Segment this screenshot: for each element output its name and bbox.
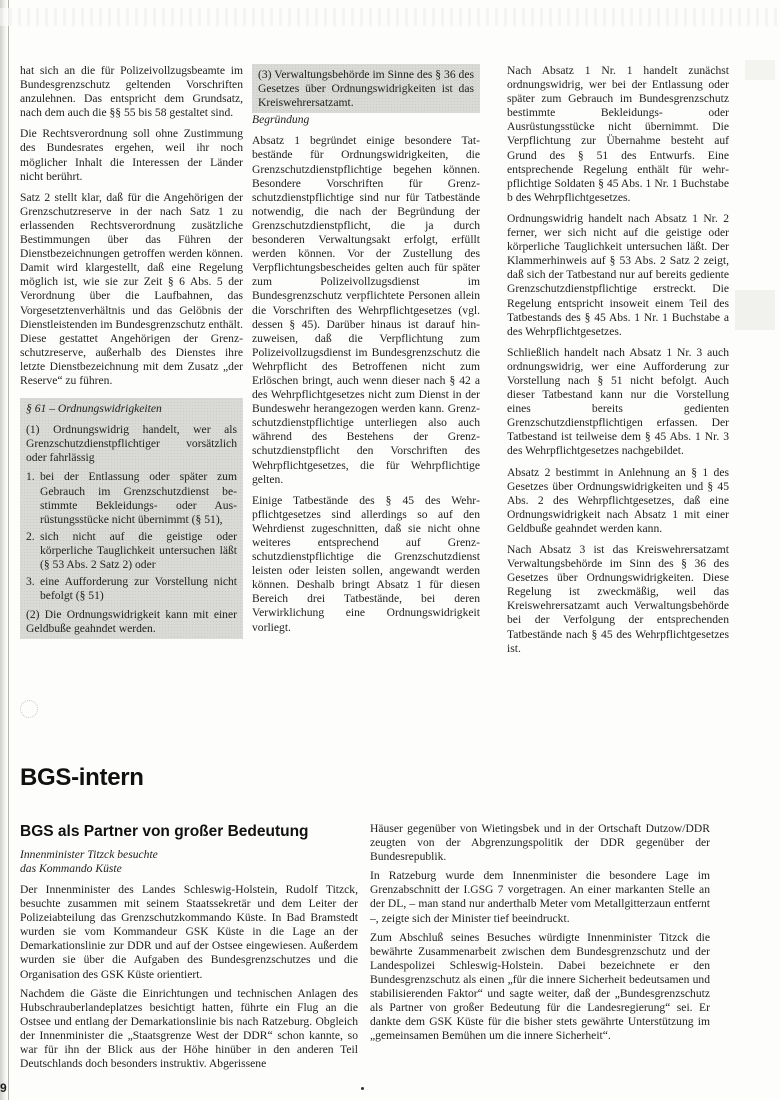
bullet-mark bbox=[361, 1087, 364, 1090]
law-text-box-para-3: (3) Verwaltungsbehörde im Sinne des § 36… bbox=[252, 64, 480, 113]
paragraph: Ordnungswidrig handelt nach Absatz 1 Nr.… bbox=[507, 212, 729, 339]
paragraph: Absatz 1 begründet einige besondere Tat­… bbox=[252, 134, 480, 486]
article-headline: BGS als Partner von großer Bedeutung bbox=[20, 823, 309, 841]
paragraph: Zum Abschluß seines Besuches würdigte In… bbox=[370, 931, 710, 1044]
law-text-box-section-61: § 61 – Ordnungswidrigkeiten (1) Ordnungs… bbox=[20, 398, 243, 639]
box-list-item: 1.bei der Entlassung oder später zum Geb… bbox=[26, 470, 237, 526]
box-list-item: 2.sich nicht auf die geistige oder körpe… bbox=[26, 530, 237, 572]
box-list-item: 3.eine Aufforderung zur Vorstellung nich… bbox=[26, 575, 237, 603]
scan-stamp-mark bbox=[20, 700, 38, 718]
subheadline-line-2: das Kommando Küste bbox=[20, 862, 360, 876]
column-2: (3) Verwaltungsbehörde im Sinne des § 36… bbox=[252, 64, 480, 642]
begruendung-heading: Begründung bbox=[252, 113, 480, 127]
scan-left-line bbox=[8, 0, 9, 1100]
paragraph: Die Rechtsverordnung soll ohne Zustim­mu… bbox=[20, 127, 243, 183]
list-text: sich nicht auf die geistige oder körperl… bbox=[40, 530, 237, 571]
paragraph: Der Innenminister des Landes Schleswig-H… bbox=[20, 883, 358, 982]
column-3: Nach Absatz 1 Nr. 1 handelt zunächst ord… bbox=[507, 64, 729, 663]
section-title: BGS-intern bbox=[20, 764, 144, 792]
paragraph: Schließlich handelt nach Absatz 1 Nr. 3 … bbox=[507, 346, 729, 459]
page-number: 9 bbox=[0, 1081, 7, 1095]
scan-top-noise bbox=[0, 8, 780, 26]
list-text: eine Aufforderung zur Vorstellung nicht … bbox=[40, 575, 237, 602]
paragraph: Häuser gegenüber von Wietingsbek und in … bbox=[370, 822, 710, 864]
paragraph: Absatz 2 bestimmt in Anlehnung an § 1 de… bbox=[507, 466, 729, 536]
list-number: 3. bbox=[26, 575, 35, 589]
paragraph: Nach Absatz 1 Nr. 1 handelt zunächst ord… bbox=[507, 64, 729, 205]
box-para-2: (2) Die Ordnungswidrigkeit kann mit eine… bbox=[26, 608, 237, 636]
article-column-2: Häuser gegenüber von Wietingsbek und in … bbox=[370, 822, 710, 1048]
paragraph: Nach Absatz 3 ist das Kreiswehrersatz­am… bbox=[507, 543, 729, 656]
box-para-3: (3) Verwaltungsbehörde im Sinne des § 36… bbox=[258, 68, 474, 110]
scan-left-edge bbox=[0, 0, 7, 1100]
list-text: bei der Entlassung oder später zum Gebra… bbox=[40, 470, 237, 525]
box-title: § 61 – Ordnungswidrigkeiten bbox=[26, 402, 237, 416]
list-number: 1. bbox=[26, 470, 35, 484]
article-column-1: Der Innenminister des Landes Schleswig-H… bbox=[20, 883, 358, 1076]
paragraph: Nachdem die Gäste die Einrichtungen und … bbox=[20, 987, 358, 1072]
paragraph: Satz 2 stellt klar, daß für die Angehöri… bbox=[20, 191, 243, 388]
subheadline-line-1: Innenminister Titzck besuchte bbox=[20, 848, 360, 862]
paragraph: Einige Tatbestände des § 45 des Wehr­pfl… bbox=[252, 494, 480, 635]
column-1: hat sich an die für Polizeivollzugs­beam… bbox=[20, 64, 243, 639]
scan-speck bbox=[745, 60, 775, 80]
scan-speck bbox=[735, 290, 775, 330]
paragraph: In Ratzeburg wurde dem Innenminister die… bbox=[370, 869, 710, 925]
paragraph: hat sich an die für Polizeivollzugs­beam… bbox=[20, 64, 243, 120]
article-subheadline: Innenminister Titzck besuchte das Komman… bbox=[20, 848, 360, 876]
box-list: 1.bei der Entlassung oder später zum Geb… bbox=[26, 470, 237, 603]
list-number: 2. bbox=[26, 530, 35, 544]
box-intro: (1) Ordnungswidrig handelt, wer als Gren… bbox=[26, 423, 237, 465]
